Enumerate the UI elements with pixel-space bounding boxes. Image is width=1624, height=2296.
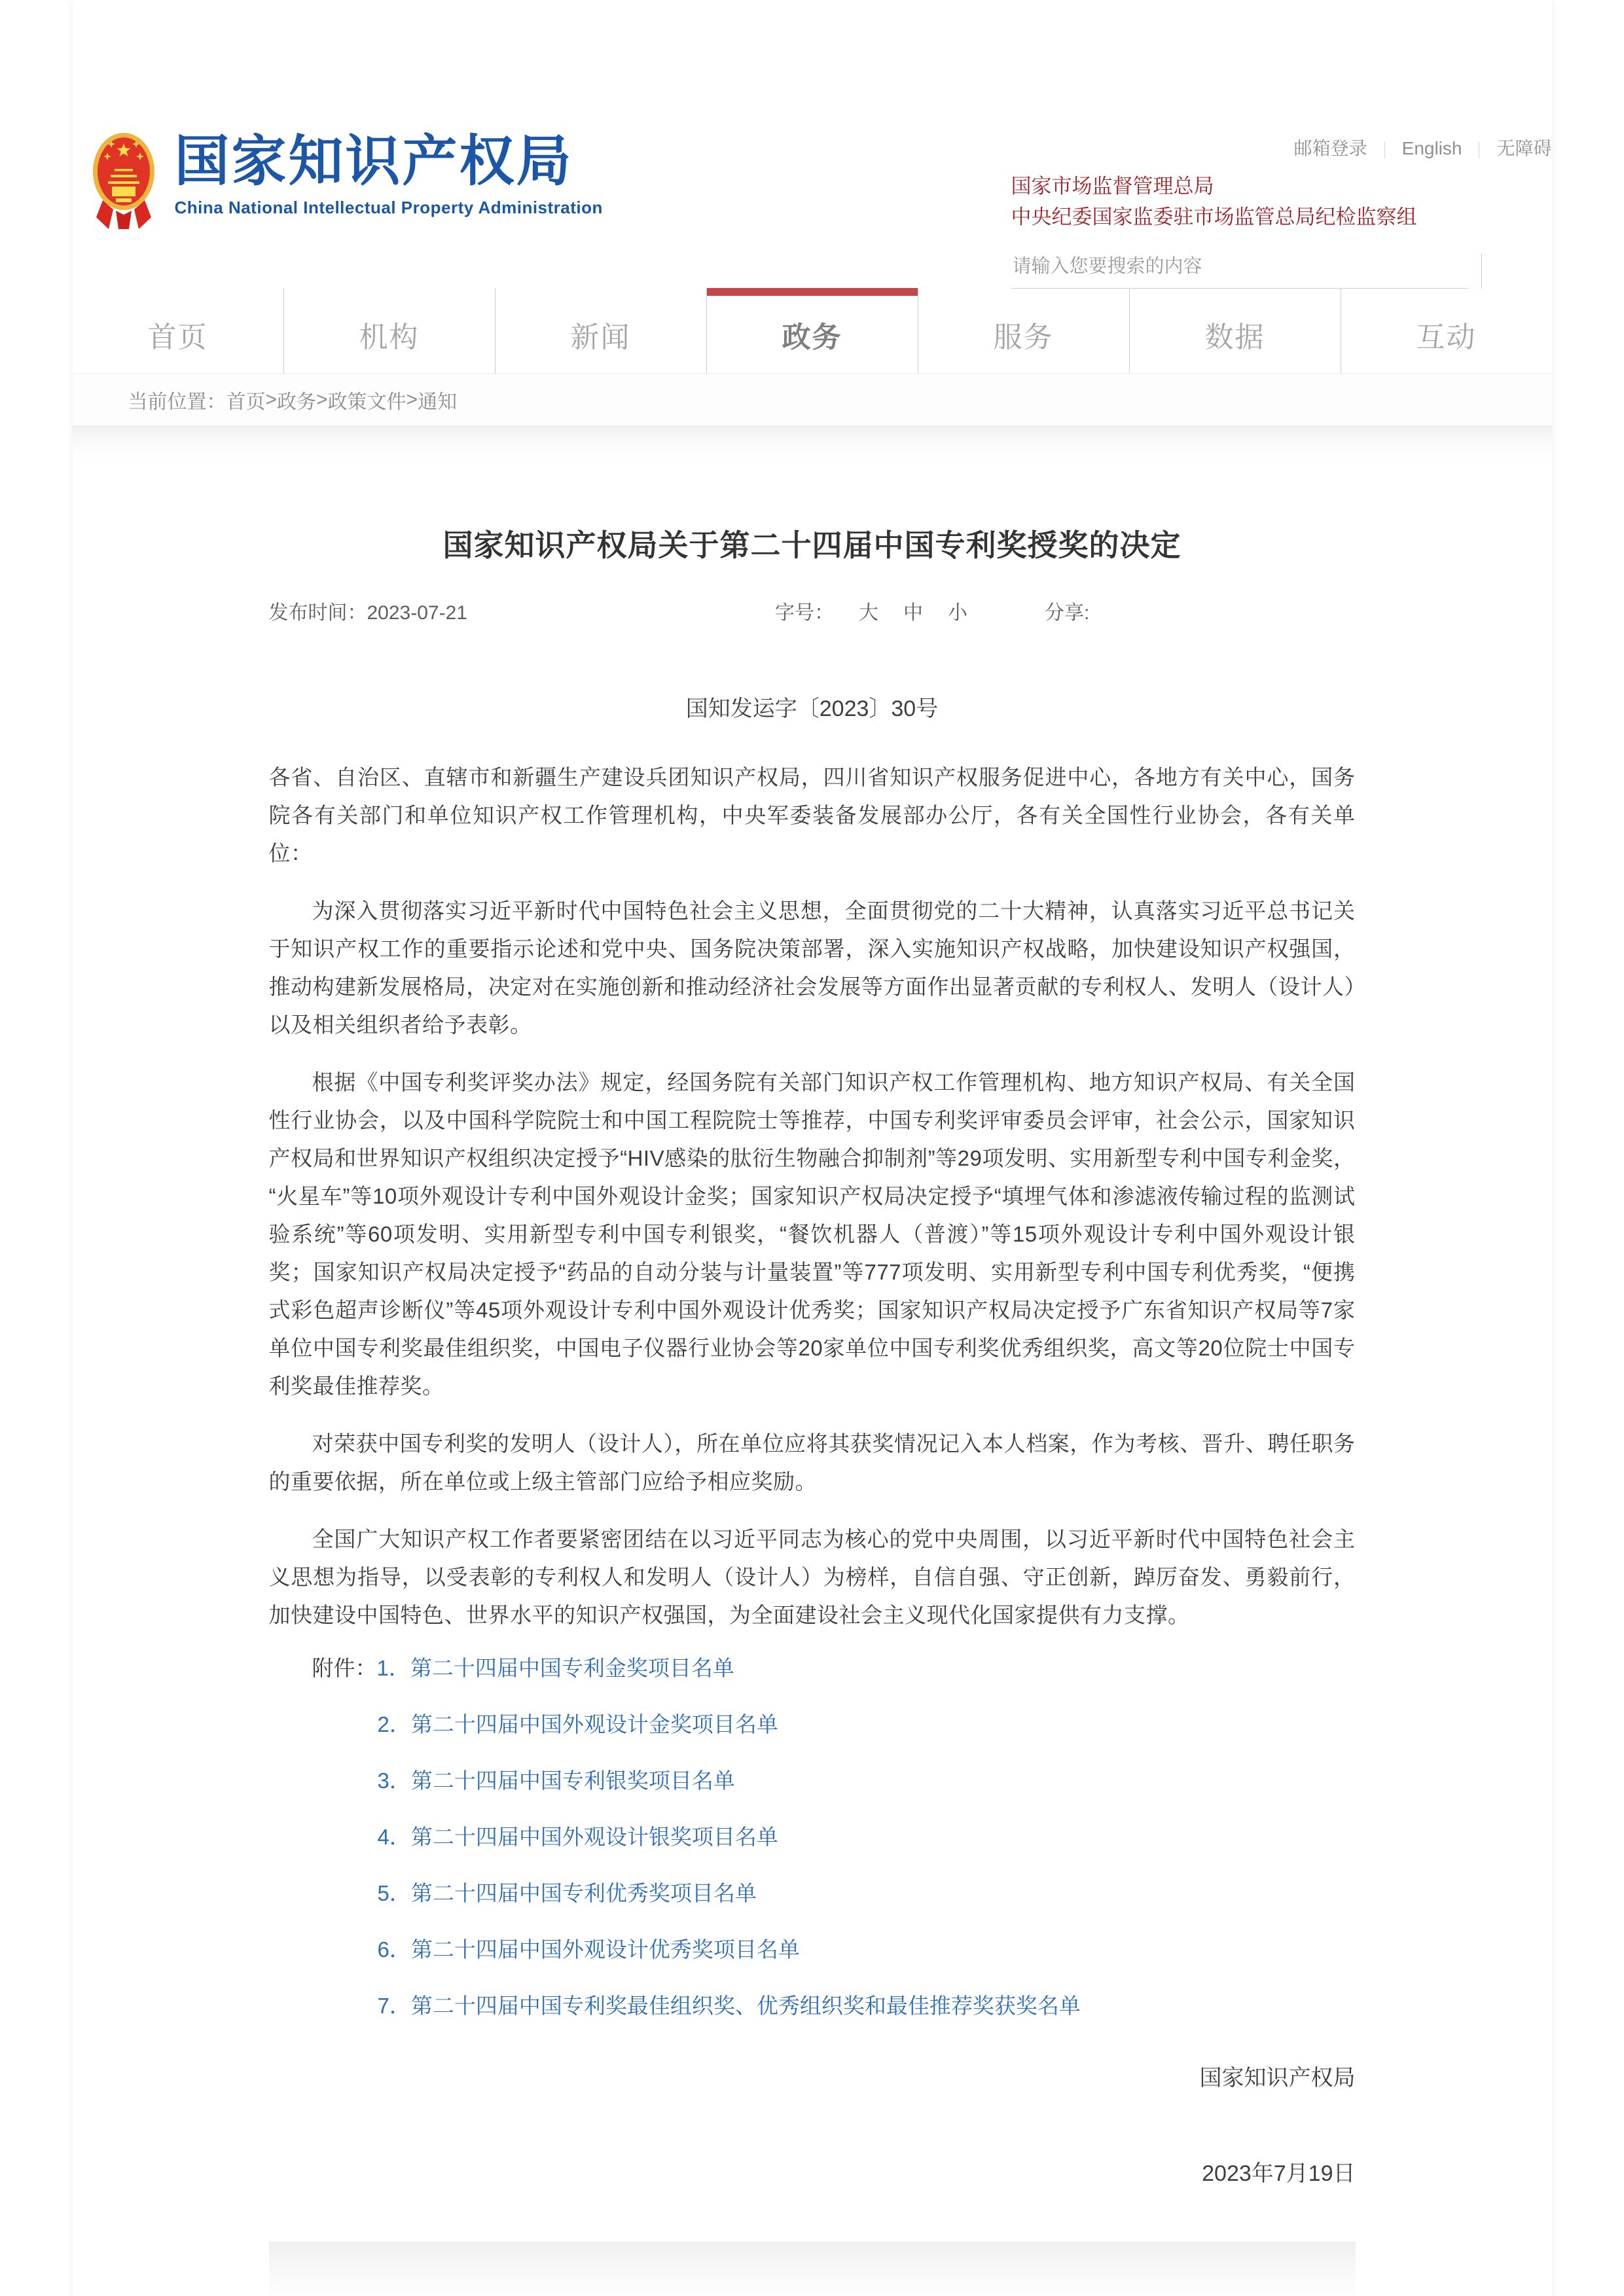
link-english[interactable]: English: [1402, 138, 1462, 158]
publish-date-label: 发布时间：: [269, 602, 367, 624]
attachment-row: 3．第二十四届中国专利银奖项目名单: [269, 1767, 1356, 1795]
site-subtitle: China National Intellectual Property Adm…: [175, 198, 603, 218]
attachment-row: 2．第二十四届中国外观设计金奖项目名单: [269, 1710, 1356, 1739]
document-number: 国知发运字〔2023〕30号: [269, 691, 1356, 723]
attachment-row: 6．第二十四届中国外观设计优秀奖项目名单: [269, 1935, 1356, 1964]
paragraph: 全国广大知识产权工作者要紧密团结在以习近平同志为核心的党中央周围，以习近平新时代…: [269, 1520, 1356, 1634]
link-accessibility[interactable]: 无障碍: [1496, 138, 1551, 158]
tab-home[interactable]: 首页: [73, 288, 283, 373]
tab-label: 政务: [707, 296, 918, 373]
divider: [1479, 141, 1479, 158]
tab-news[interactable]: 新闻: [495, 288, 706, 373]
breadcrumb-separator: >: [316, 389, 328, 411]
attachment-row: 附件：1．第二十四届中国专利金奖项目名单: [269, 1654, 1356, 1683]
paragraph: 根据《中国专利奖评奖办法》规定，经国务院有关部门知识产权工作管理机构、地方知识产…: [269, 1064, 1356, 1405]
tab-indicator: [284, 288, 495, 296]
signature-date: 2023年7月19日: [269, 2155, 1356, 2187]
logo-text: 国家知识产权局 China National Intellectual Prop…: [175, 131, 603, 218]
breadcrumb-separator: >: [406, 389, 418, 411]
attachment-link-2[interactable]: 2．第二十四届中国外观设计金奖项目名单: [378, 1712, 778, 1736]
tab-active-indicator: [707, 288, 918, 296]
breadcrumb-label: 当前位置：: [128, 386, 226, 414]
tab-data[interactable]: 数据: [1129, 288, 1341, 373]
attachments-label: 附件：: [312, 1656, 377, 1680]
search-bar: [1011, 253, 1552, 289]
page: 国家知识产权局 China National Intellectual Prop…: [0, 0, 1624, 2296]
font-size-medium-button[interactable]: 中: [903, 596, 923, 625]
tab-label: 新闻: [496, 296, 706, 373]
article-body: 各省、自治区、直辖市和新疆生产建设兵团知识产权局，四川省知识产权服务促进中心，各…: [269, 759, 1356, 1634]
font-size-small-button[interactable]: 小: [948, 596, 967, 625]
search-input[interactable]: [1011, 253, 1468, 289]
attachment-link-6[interactable]: 6．第二十四届中国外观设计优秀奖项目名单: [378, 1937, 800, 1962]
font-size-large-button[interactable]: 大: [859, 596, 878, 625]
attachment-row: 7．第二十四届中国专利奖最佳组织奖、优秀组织奖和最佳推荐奖获奖名单: [269, 1992, 1356, 2020]
link-mail-login[interactable]: 邮箱登录: [1294, 138, 1367, 158]
link-samr[interactable]: 国家市场监督管理总局: [1011, 171, 1552, 202]
tab-services[interactable]: 服务: [918, 288, 1129, 373]
tab-label: 互动: [1341, 296, 1552, 373]
divider: [1384, 141, 1385, 158]
publish-date: 发布时间：2023-07-21: [269, 596, 467, 625]
utility-links: 邮箱登录English无障碍: [1011, 134, 1552, 160]
article: 国家知识产权局关于第二十四届中国专利奖授奖的决定 发布时间：2023-07-21…: [73, 522, 1552, 2296]
tab-indicator: [496, 288, 706, 296]
font-size-controls: 字号： 大 中 小: [775, 596, 967, 625]
breadcrumb-government[interactable]: 政务: [277, 386, 316, 414]
divider-band: [73, 425, 1552, 459]
article-meta: 发布时间：2023-07-21 字号： 大 中 小 分享:: [269, 596, 1356, 625]
header-right: 邮箱登录English无障碍 国家市场监督管理总局 中央纪委国家监委驻市场监管总…: [1011, 134, 1552, 289]
tab-indicator: [1341, 288, 1552, 296]
attachment-link-3[interactable]: 3．第二十四届中国专利银奖项目名单: [378, 1768, 735, 1793]
attachments: 附件：1．第二十四届中国专利金奖项目名单 2．第二十四届中国外观设计金奖项目名单…: [269, 1654, 1356, 2020]
article-title: 国家知识产权局关于第二十四届中国专利奖授奖的决定: [269, 522, 1356, 565]
attachment-link-1[interactable]: 1．第二十四届中国专利金奖项目名单: [377, 1656, 734, 1680]
site-header: 国家知识产权局 China National Intellectual Prop…: [73, 0, 1552, 288]
breadcrumb-policy-docs[interactable]: 政策文件: [328, 386, 406, 414]
tab-label: 机构: [284, 296, 495, 373]
tab-label: 服务: [918, 296, 1129, 373]
main-container: 国家知识产权局 China National Intellectual Prop…: [73, 0, 1552, 2296]
site-title: 国家知识产权局: [175, 131, 603, 191]
tab-indicator: [918, 288, 1129, 296]
tab-indicator: [73, 288, 283, 296]
breadcrumb-separator: >: [266, 389, 278, 411]
tab-indicator: [1130, 288, 1341, 296]
tab-organization[interactable]: 机构: [283, 288, 495, 373]
footer-band: [269, 2242, 1356, 2296]
breadcrumb: 当前位置： 首页 > 政务 > 政策文件 > 通知: [73, 373, 1552, 425]
share-label[interactable]: 分享:: [1045, 596, 1089, 625]
primary-nav: 首页 机构 新闻 政务 服务 数据: [73, 288, 1552, 373]
paragraph: 为深入贯彻落实习近平新时代中国特色社会主义思想，全面贯彻党的二十大精神，认真落实…: [269, 892, 1356, 1044]
link-discipline-inspection-group[interactable]: 中央纪委国家监委驻市场监管总局纪检监察组: [1011, 202, 1552, 232]
tab-interaction[interactable]: 互动: [1341, 288, 1552, 373]
font-size-label: 字号：: [775, 596, 834, 625]
signature-agency: 国家知识产权局: [269, 2060, 1356, 2092]
attachment-link-7[interactable]: 7．第二十四届中国专利奖最佳组织奖、优秀组织奖和最佳推荐奖获奖名单: [378, 1994, 1081, 2018]
tab-label: 数据: [1130, 296, 1341, 373]
tab-government-affairs[interactable]: 政务: [706, 288, 918, 373]
attachment-link-4[interactable]: 4．第二十四届中国外观设计银奖项目名单: [378, 1825, 778, 1849]
breadcrumb-notice[interactable]: 通知: [418, 386, 457, 414]
breadcrumb-home[interactable]: 首页: [226, 386, 266, 414]
attachment-link-5[interactable]: 5．第二十四届中国专利优秀奖项目名单: [378, 1881, 757, 1905]
attachment-row: 5．第二十四届中国专利优秀奖项目名单: [269, 1879, 1356, 1908]
site-logo[interactable]: 国家知识产权局 China National Intellectual Prop…: [91, 131, 603, 230]
attachment-row: 4．第二十四届中国外观设计银奖项目名单: [269, 1823, 1356, 1852]
search-button[interactable]: [1482, 253, 1552, 289]
signature-block: 国家知识产权局 2023年7月19日: [269, 2060, 1356, 2187]
org-links: 国家市场监督管理总局 中央纪委国家监委驻市场监管总局纪检监察组: [1011, 171, 1552, 232]
paragraph: 对荣获中国专利奖的发明人（设计人），所在单位应将其获奖情况记入本人档案，作为考核…: [269, 1425, 1356, 1501]
paragraph-addressees: 各省、自治区、直辖市和新疆生产建设兵团知识产权局，四川省知识产权服务促进中心，各…: [269, 759, 1356, 872]
national-emblem-icon: [91, 131, 156, 230]
publish-date-value: 2023-07-21: [367, 602, 467, 624]
tab-label: 首页: [73, 296, 283, 373]
